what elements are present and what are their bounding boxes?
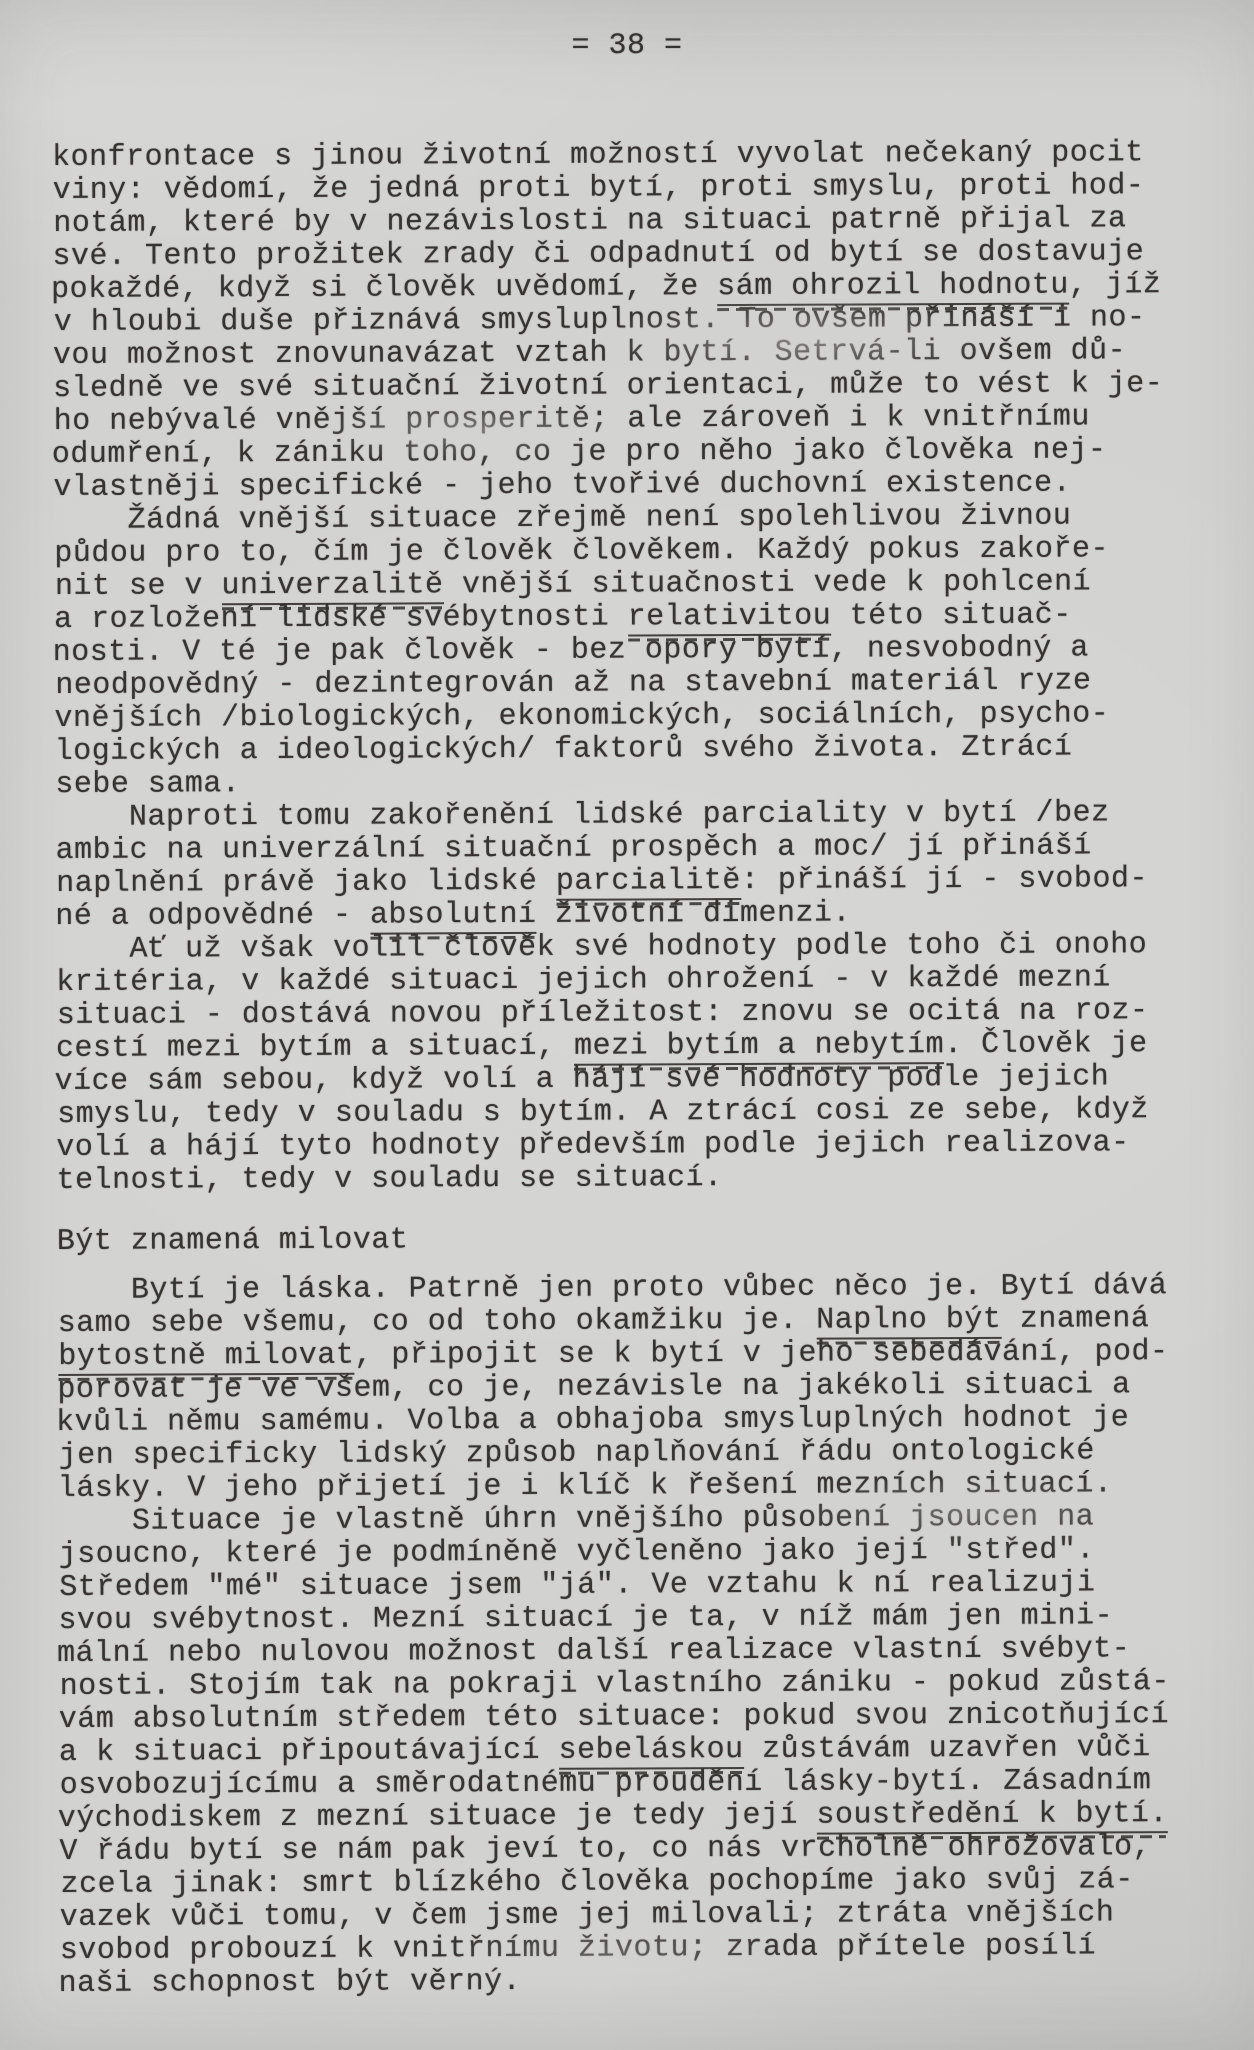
paragraph: Bytí je láska. Patrně jen proto vůbec ně…	[57, 1270, 1220, 1506]
text-run: Středem "mé" situace jsem "já". Ve vztah…	[59, 1566, 1095, 1605]
text-line: notám, které by v nezávislosti na situac…	[53, 203, 1215, 241]
text-run: notám, které by v nezávislosti na situac…	[53, 202, 1126, 241]
text-line: nosti. Stojím tak na pokraji vlastního z…	[60, 1666, 1222, 1704]
text-run: cestí mezi bytím a situací,	[56, 1030, 574, 1066]
underlined-phrase: bytostně milovat	[58, 1339, 354, 1376]
underlined-phrase: soustředění k bytí.	[816, 1797, 1168, 1835]
text-run: . Člověk je	[944, 1027, 1148, 1062]
text-run: pokaždé, když si člověk uvědomí, že	[51, 270, 717, 307]
text-run: telnosti, tedy v souladu se situací.	[56, 1161, 722, 1198]
text-line: nit se v univerzalitě vnější situačnosti…	[55, 566, 1217, 604]
text-run: nosti. Stojím tak na pokraji vlastního z…	[60, 1665, 1170, 1704]
text-line: jen specificky lidský způsob naplňování …	[59, 1435, 1221, 1473]
text-line: volí a hájí tyto hodnoty především podle…	[56, 1127, 1218, 1165]
underlined-phrase: univerzalitě	[221, 568, 443, 605]
text-line: sebe sama.	[55, 764, 1217, 802]
page-number: = 38 =	[0, 30, 1254, 63]
text-run: nit se v	[55, 569, 222, 604]
text-run: naplnění právě jako lidské	[56, 865, 556, 901]
underlined-phrase: mezi bytím a nebytím	[574, 1028, 944, 1066]
text-run: svobod probouzí k vnitřnímu životu; zrad…	[60, 1929, 1096, 1968]
text-run: samo sebe všemu, co od toho okamžiku je.	[58, 1304, 817, 1341]
paragraph: Naproti tomu zakořenění lidské parcialit…	[55, 797, 1218, 934]
text-run: v hloubi duše přiznává smysluplnost. To …	[54, 301, 1146, 340]
text-run: zcela jinak: smrt blízkého člověka pocho…	[61, 1863, 1134, 1902]
underlined-phrase: parcialitě	[556, 864, 741, 901]
paragraph: Ať už však volil člověk své hodnoty podl…	[55, 929, 1218, 1198]
text-run: Být znamená milovat	[57, 1223, 409, 1259]
underlined-phrase: relativitou	[628, 600, 832, 637]
text-run: : přináší jí - svobod-	[741, 862, 1148, 898]
scanned-page: = 38 = konfrontace s jinou životní možno…	[0, 0, 1254, 2050]
underlined-phrase: sebeláskou	[559, 1733, 744, 1770]
text-line: východiskem z mezní situace je tedy její…	[58, 1798, 1220, 1836]
underlined-phrase: absolutní	[370, 898, 537, 935]
text-line: bytostně milovat, připojit se k bytí v j…	[58, 1336, 1220, 1374]
underlined-phrase: Naplno být	[816, 1303, 1001, 1340]
paragraph: Situace je vlastně úhrn vnějšího působen…	[58, 1501, 1222, 2001]
text-line: v hloubi duše přiznává smysluplnost. To …	[54, 302, 1216, 340]
text-run: východiskem z mezní situace je tedy její	[58, 1799, 817, 1836]
text-run: neodpovědný - dezintegrován až na staveb…	[55, 664, 1091, 703]
section-heading: Být znamená milovat	[57, 1221, 1219, 1259]
text-line: naplnění právě jako lidské parcialitě: p…	[56, 863, 1218, 901]
document-body: konfrontace s jinou životní možností vyv…	[52, 137, 1222, 2001]
text-run: Ať už však volil člověk své hodnoty podl…	[129, 928, 1147, 966]
text-line: Být znamená milovat	[57, 1221, 1219, 1259]
paragraph: konfrontace s jinou životní možností vyv…	[52, 137, 1216, 505]
text-line: telnosti, tedy v souladu se situací.	[56, 1160, 1218, 1198]
text-run: Žádná vnější situace zřejmě není spolehl…	[128, 500, 1072, 538]
text-run: této situač-	[831, 599, 1072, 634]
text-run: jen specificky lidský způsob naplňování …	[59, 1434, 1095, 1473]
text-line: odumření, k zániku toho, co je pro něho …	[52, 434, 1214, 472]
text-run: smyslu, tedy v souladu s bytím. A ztrácí…	[57, 1093, 1149, 1132]
text-line: situaci - dostává novou příležitost: zno…	[57, 995, 1219, 1033]
text-run: , připojit se k bytí v jeho sebedávání, …	[354, 1335, 1168, 1373]
text-run: logických a ideologických/ faktorů svého…	[55, 731, 1073, 769]
text-run: znamená	[1001, 1302, 1149, 1337]
text-line: zcela jinak: smrt blízkého člověka pocho…	[61, 1864, 1223, 1902]
text-run: odumření, k zániku toho, co je pro něho …	[52, 433, 1107, 472]
text-run: sebe sama.	[55, 767, 240, 802]
text-line: smyslu, tedy v souladu s bytím. A ztrácí…	[57, 1094, 1219, 1132]
text-run: zůstávám uzavřen vůči	[744, 1731, 1151, 1767]
text-run: naši schopnost být věrný.	[58, 1965, 521, 2001]
text-run: né a odpovědné -	[55, 899, 370, 934]
paragraph: Žádná vnější situace zřejmě není spolehl…	[54, 500, 1217, 802]
underlined-phrase: sám ohrozil hodnotu	[717, 269, 1069, 307]
text-run: vnější situačnosti vede k pohlcení	[443, 565, 1091, 602]
text-run: Situace je vlastně úhrn vnějšího působen…	[132, 1500, 1094, 1538]
text-run: volí a hájí tyto hodnoty především podle…	[56, 1126, 1129, 1165]
text-run: a k situaci připoutávající	[59, 1734, 559, 1770]
text-line: svobod probouzí k vnitřnímu životu; zrad…	[60, 1930, 1222, 1968]
text-line: neodpovědný - dezintegrován až na staveb…	[55, 665, 1217, 703]
text-run: Naproti tomu zakořenění lidské parcialit…	[129, 796, 1110, 834]
text-line: Středem "mé" situace jsem "já". Ve vztah…	[59, 1567, 1221, 1605]
text-line: logických a ideologických/ faktorů svého…	[55, 731, 1217, 769]
text-line: naši schopnost být věrný.	[58, 1963, 1220, 2001]
text-run: , jíž	[1069, 268, 1162, 302]
text-run: situaci - dostává novou příležitost: zno…	[57, 994, 1149, 1033]
